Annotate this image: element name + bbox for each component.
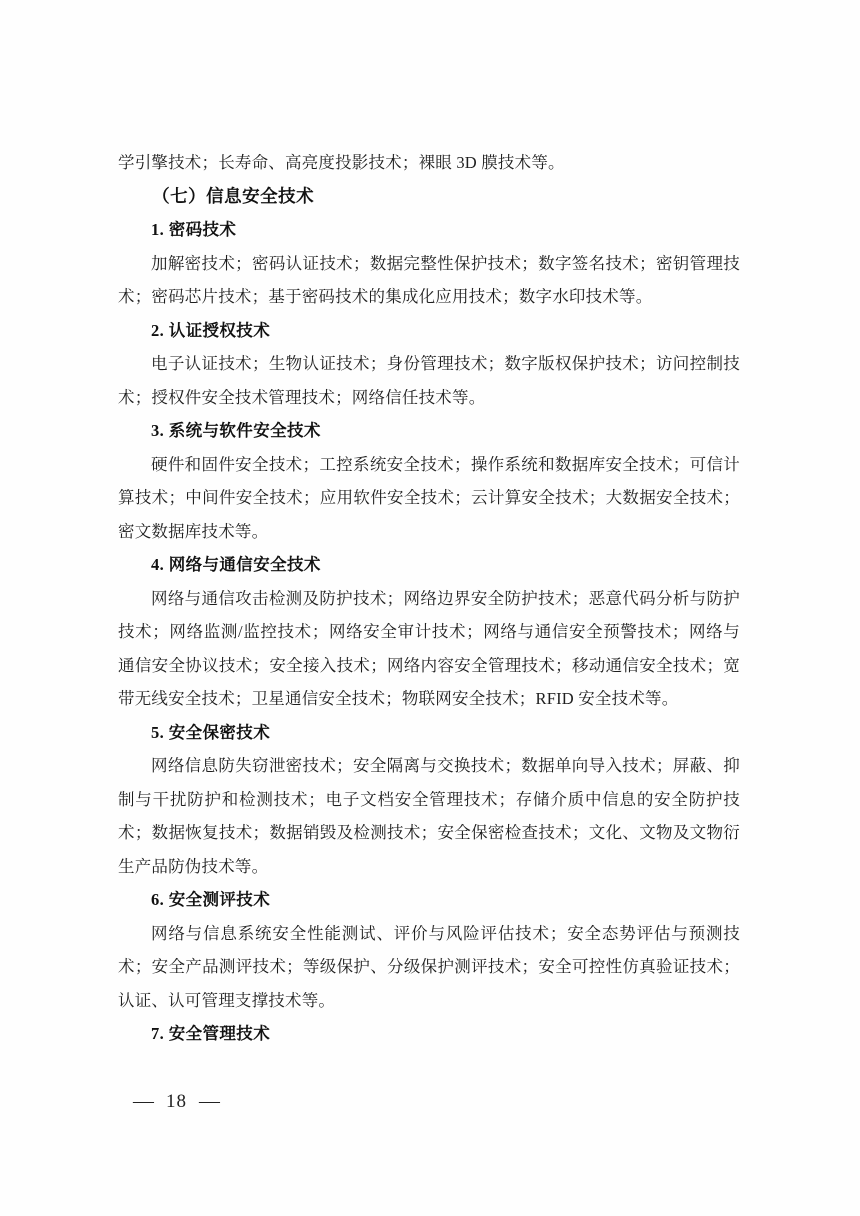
subsection-body: 加解密技术；密码认证技术；数据完整性保护技术；数字签名技术；密钥管理技术；密码芯… <box>118 247 740 314</box>
subsection-body: 网络信息防失窃泄密技术；安全隔离与交换技术；数据单向导入技术；屏蔽、抑制与干扰防… <box>118 749 740 883</box>
subsection-body: 网络与通信攻击检测及防护技术；网络边界安全防护技术；恶意代码分析与防护技术；网络… <box>118 582 740 716</box>
paragraph-continuation: 学引擎技术；长寿命、高亮度投影技术；裸眼 3D 膜技术等。 <box>118 146 740 180</box>
subsection-body: 网络与信息系统安全性能测试、评价与风险评估技术；安全态势评估与预测技术；安全产品… <box>118 917 740 1018</box>
section-heading: （七）信息安全技术 <box>118 180 740 214</box>
subsection-body: 硬件和固件安全技术；工控系统安全技术；操作系统和数据库安全技术；可信计算技术；中… <box>118 448 740 549</box>
subsection-body: 电子认证技术；生物认证技术；身份管理技术；数字版权保护技术；访问控制技术；授权件… <box>118 347 740 414</box>
subsection-heading: 4. 网络与通信安全技术 <box>118 548 740 582</box>
subsection-heading: 3. 系统与软件安全技术 <box>118 414 740 448</box>
subsection-heading: 6. 安全测评技术 <box>118 883 740 917</box>
page-footer: — 18 — <box>118 1091 740 1113</box>
footer-left-dash: — <box>133 1091 154 1113</box>
document-page: 学引擎技术；长寿命、高亮度投影技术；裸眼 3D 膜技术等。 （七）信息安全技术 … <box>0 0 860 1216</box>
subsection-heading: 1. 密码技术 <box>118 213 740 247</box>
subsection-heading: 7. 安全管理技术 <box>118 1017 740 1051</box>
subsection-heading: 2. 认证授权技术 <box>118 314 740 348</box>
subsection-heading: 5. 安全保密技术 <box>118 716 740 750</box>
footer-right-dash: — <box>199 1091 220 1113</box>
subsections-container: 1. 密码技术加解密技术；密码认证技术；数据完整性保护技术；数字签名技术；密钥管… <box>118 213 740 1051</box>
page-number: 18 <box>166 1091 187 1113</box>
